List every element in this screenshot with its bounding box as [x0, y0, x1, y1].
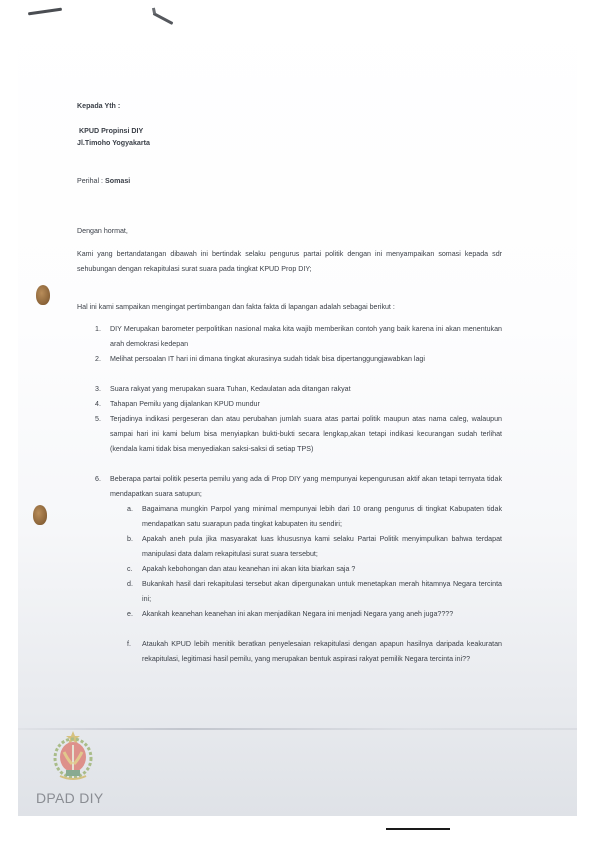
subject-line: Perihal : Somasi	[77, 174, 502, 189]
salutation: Dengan hormat,	[77, 224, 502, 239]
punch-hole-icon	[36, 285, 50, 305]
paper-fold-line	[18, 728, 577, 730]
recipient-address: Jl.Timoho Yogyakarta	[77, 136, 502, 151]
signature-underline	[386, 828, 450, 830]
intro-paragraph: Kami yang bertandatangan dibawah ini ber…	[77, 247, 502, 277]
dpad-seal-icon	[52, 730, 94, 782]
addressee-label: Kepada Yth :	[77, 99, 502, 114]
punch-hole-icon	[33, 505, 47, 525]
subject-label: Perihal :	[77, 177, 105, 185]
watermark-label: DPAD DIY	[36, 790, 104, 806]
subject-value: Somasi	[105, 177, 130, 185]
facts-intro: Hal ini kami sampaikan mengingat pertimb…	[77, 300, 502, 315]
